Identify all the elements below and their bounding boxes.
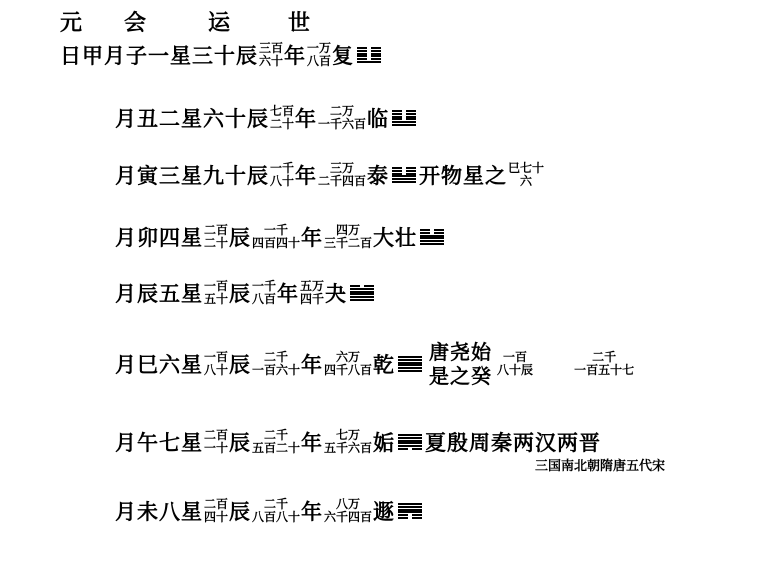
- header-yun: 运: [208, 6, 230, 37]
- year-label: 年: [301, 427, 323, 457]
- chen-label: 辰: [229, 349, 251, 379]
- stacked-number: 三百六十: [259, 42, 283, 68]
- row-lead: 月丑二星六十辰: [115, 103, 269, 133]
- stacked-number: 一千八十: [270, 162, 294, 188]
- row-dun: 月未八星 二百四十 辰 二千八百八十 年 八万六千四百 遯: [115, 496, 425, 526]
- year-label: 年: [301, 496, 323, 526]
- stacked-number: 二百四十: [204, 498, 228, 524]
- stacked-number: 一千四百四十: [252, 224, 300, 250]
- row-lin: 月丑二星六十辰 七百二十 年 二万一千六百 临: [115, 103, 419, 133]
- year-label: 年: [295, 103, 317, 133]
- stacked-number: 一百八十: [204, 351, 228, 377]
- row-qian: 月巳六星 一百八十 辰 二千一百六十 年 六万四千八百 乾 唐尧始是之癸 一百八…: [115, 340, 635, 388]
- hexagram-name: 夬: [325, 278, 347, 308]
- hexagram-dazhuang-icon: [420, 229, 444, 245]
- year-label: 年: [284, 40, 306, 70]
- row-lead: 月卯四星: [115, 222, 203, 252]
- stacked-number: 一万八百: [307, 42, 331, 68]
- row-lead: 月未八星: [115, 496, 203, 526]
- header-hui: 会: [124, 6, 146, 37]
- stacked-number: 四万三千二百: [324, 224, 372, 250]
- hexagram-name: 临: [367, 103, 389, 133]
- row-lead: 月辰五星: [115, 278, 203, 308]
- row-tai: 月寅三星九十辰 一千八十 年 三万二千四百 泰 开物星之 巳七十六: [115, 160, 545, 190]
- annotation-dynasties-sub: 三国南北朝隋唐五代宋: [535, 455, 665, 474]
- stacked-number: 二千一百五十七: [574, 351, 634, 377]
- row-guai: 月辰五星 一百五十 辰 一千八百 年 五万四千 夬: [115, 278, 377, 308]
- stacked-number: 巳七十六: [508, 162, 544, 188]
- hexagram-dun-icon: [398, 503, 422, 519]
- chen-label: 辰: [229, 222, 251, 252]
- stacked-number: 二千五百二十: [252, 429, 300, 455]
- year-label: 年: [301, 349, 323, 379]
- hexagram-name: 姤: [373, 427, 395, 457]
- year-label: 年: [277, 278, 299, 308]
- hexagram-tai-icon: [392, 167, 416, 183]
- hexagram-lin-icon: [392, 110, 416, 126]
- row-fu: 日甲月子一星三十辰 三百六十 年 一万八百 复: [60, 40, 384, 70]
- hexagram-qian-icon: [398, 356, 422, 372]
- stacked-number: 八万六千四百: [324, 498, 372, 524]
- hexagram-guai-icon: [350, 285, 374, 301]
- stacked-number: 一百五十: [204, 280, 228, 306]
- hexagram-name: 遯: [373, 496, 395, 526]
- stacked-number: 二万一千六百: [318, 105, 366, 131]
- year-label: 年: [295, 160, 317, 190]
- hexagram-name: 泰: [367, 160, 389, 190]
- hexagram-name: 复: [332, 40, 354, 70]
- header-shi: 世: [288, 6, 310, 37]
- stacked-number: 二百一十: [204, 429, 228, 455]
- row-dazhuang: 月卯四星 二百二十 辰 一千四百四十 年 四万三千二百 大壮: [115, 222, 447, 252]
- stacked-number: 二百二十: [204, 224, 228, 250]
- annotation-kaiwu: 开物星之: [419, 160, 507, 190]
- row-gou: 月午七星 二百一十 辰 二千五百二十 年 七万五千六百 姤 夏殷周秦两汉两晋: [115, 427, 601, 457]
- hexagram-gou-icon: [398, 434, 422, 450]
- stacked-number: 六万四千八百: [324, 351, 372, 377]
- hexagram-name: 乾: [373, 349, 395, 379]
- annotation-dynasties: 夏殷周秦两汉两晋: [425, 427, 601, 457]
- row-lead: 月寅三星九十辰: [115, 160, 269, 190]
- stacked-number: 一千八百: [252, 280, 276, 306]
- stacked-number: 一百八十辰: [497, 351, 533, 377]
- row-lead: 日甲月子一星三十辰: [60, 40, 258, 70]
- stacked-number: 七万五千六百: [324, 429, 372, 455]
- annotation-tangyao: 唐尧始是之癸: [429, 340, 492, 388]
- year-label: 年: [301, 222, 323, 252]
- hexagram-name: 大壮: [373, 222, 417, 252]
- stacked-number: 三万二千四百: [318, 162, 366, 188]
- stacked-number: 五万四千: [300, 280, 324, 306]
- chen-label: 辰: [229, 278, 251, 308]
- hexagram-fu-icon: [357, 47, 381, 63]
- stacked-number: 七百二十: [270, 105, 294, 131]
- stacked-number: 二千八百八十: [252, 498, 300, 524]
- row-lead: 月巳六星: [115, 349, 203, 379]
- chen-label: 辰: [229, 427, 251, 457]
- header-yuan: 元: [60, 6, 82, 37]
- row-lead: 月午七星: [115, 427, 203, 457]
- stacked-number: 二千一百六十: [252, 351, 300, 377]
- chen-label: 辰: [229, 496, 251, 526]
